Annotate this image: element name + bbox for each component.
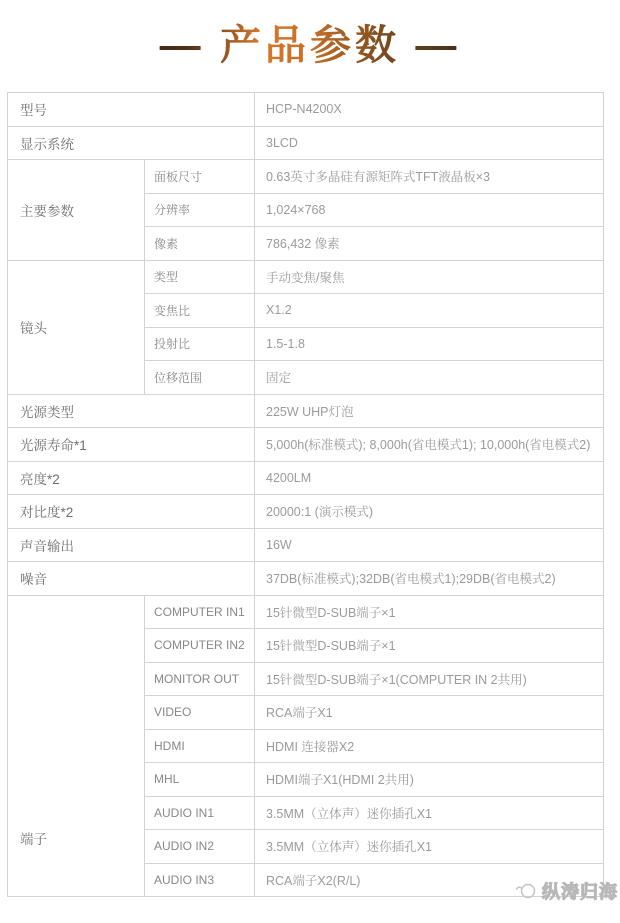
spec-label: 噪音 [8,562,255,596]
spec-value: RCA端子X1 [255,696,604,730]
table-row: 噪音37DB(标准模式);32DB(省电模式1);29DB(省电模式2) [8,562,604,596]
spec-sub-label: COMPUTER IN2 [145,629,255,663]
spec-group-label: 主要参数 [8,160,145,261]
spec-value: X1.2 [255,294,604,328]
spec-value: HDMI 连接器X2 [255,729,604,763]
spec-value: 3.5MM（立体声）迷你插孔X1 [255,796,604,830]
spec-sub-label: HDMI [145,729,255,763]
spec-value: 手动变焦/聚焦 [255,260,604,294]
spec-sub-label: 位移范围 [145,361,255,395]
table-row: 光源类型225W UHP灯泡 [8,394,604,428]
table-row: 亮度*24200LM [8,461,604,495]
spec-value: HDMI端子X1(HDMI 2共用) [255,763,604,797]
spec-label: 光源类型 [8,394,255,428]
spec-sub-label: MONITOR OUT [145,662,255,696]
spec-sub-label: 变焦比 [145,294,255,328]
spec-value: 固定 [255,361,604,395]
spec-value: 20000:1 (演示模式) [255,495,604,529]
spec-value: 4200LM [255,461,604,495]
table-row: 端子COMPUTER IN115针微型D-SUB端子×1 [8,595,604,629]
spec-label: 声音输出 [8,528,255,562]
spec-sub-label: VIDEO [145,696,255,730]
spec-value: 3.5MM（立体声）迷你插孔X1 [255,830,604,864]
spec-label: 光源寿命*1 [8,428,255,462]
spec-table-body: 型号HCP-N4200X显示系统3LCD主要参数面板尺寸0.63英寸多晶硅有源矩… [8,93,604,897]
spec-value: RCA端子X2(R/L) [255,863,604,897]
spec-value: 5,000h(标准模式); 8,000h(省电模式1); 10,000h(省电模… [255,428,604,462]
table-row: 显示系统3LCD [8,126,604,160]
page-title: — 产品参数 — [0,12,620,71]
spec-group-label: 端子 [8,595,145,897]
spec-sub-label: 投射比 [145,327,255,361]
spec-sub-label: 面板尺寸 [145,160,255,194]
spec-value: 786,432 像素 [255,227,604,261]
table-row: 对比度*220000:1 (演示模式) [8,495,604,529]
table-row: 主要参数面板尺寸0.63英寸多晶硅有源矩阵式TFT液晶板×3 [8,160,604,194]
spec-value: HCP-N4200X [255,93,604,127]
spec-sub-label: 分辨率 [145,193,255,227]
spec-value: 1.5-1.8 [255,327,604,361]
spec-value: 1,024×768 [255,193,604,227]
spec-label: 亮度*2 [8,461,255,495]
spec-sub-label: AUDIO IN1 [145,796,255,830]
spec-value: 16W [255,528,604,562]
spec-sub-label: AUDIO IN3 [145,863,255,897]
spec-label: 对比度*2 [8,495,255,529]
spec-sheet-page: — 产品参数 — 型号HCP-N4200X显示系统3LCD主要参数面板尺寸0.6… [0,0,620,923]
spec-value: 0.63英寸多晶硅有源矩阵式TFT液晶板×3 [255,160,604,194]
table-row: 镜头类型手动变焦/聚焦 [8,260,604,294]
spec-sub-label: AUDIO IN2 [145,830,255,864]
table-row: 光源寿命*15,000h(标准模式); 8,000h(省电模式1); 10,00… [8,428,604,462]
spec-value: 225W UHP灯泡 [255,394,604,428]
spec-sub-label: 像素 [145,227,255,261]
table-row: 型号HCP-N4200X [8,93,604,127]
spec-sub-label: 类型 [145,260,255,294]
spec-sub-label: COMPUTER IN1 [145,595,255,629]
spec-label: 型号 [8,93,255,127]
spec-label: 显示系统 [8,126,255,160]
spec-group-label: 镜头 [8,260,145,394]
spec-value: 3LCD [255,126,604,160]
spec-sub-label: MHL [145,763,255,797]
spec-table: 型号HCP-N4200X显示系统3LCD主要参数面板尺寸0.63英寸多晶硅有源矩… [7,92,604,897]
spec-value: 15针微型D-SUB端子×1 [255,629,604,663]
spec-value: 37DB(标准模式);32DB(省电模式1);29DB(省电模式2) [255,562,604,596]
spec-value: 15针微型D-SUB端子×1(COMPUTER IN 2共用) [255,662,604,696]
table-row: 声音输出16W [8,528,604,562]
spec-value: 15针微型D-SUB端子×1 [255,595,604,629]
